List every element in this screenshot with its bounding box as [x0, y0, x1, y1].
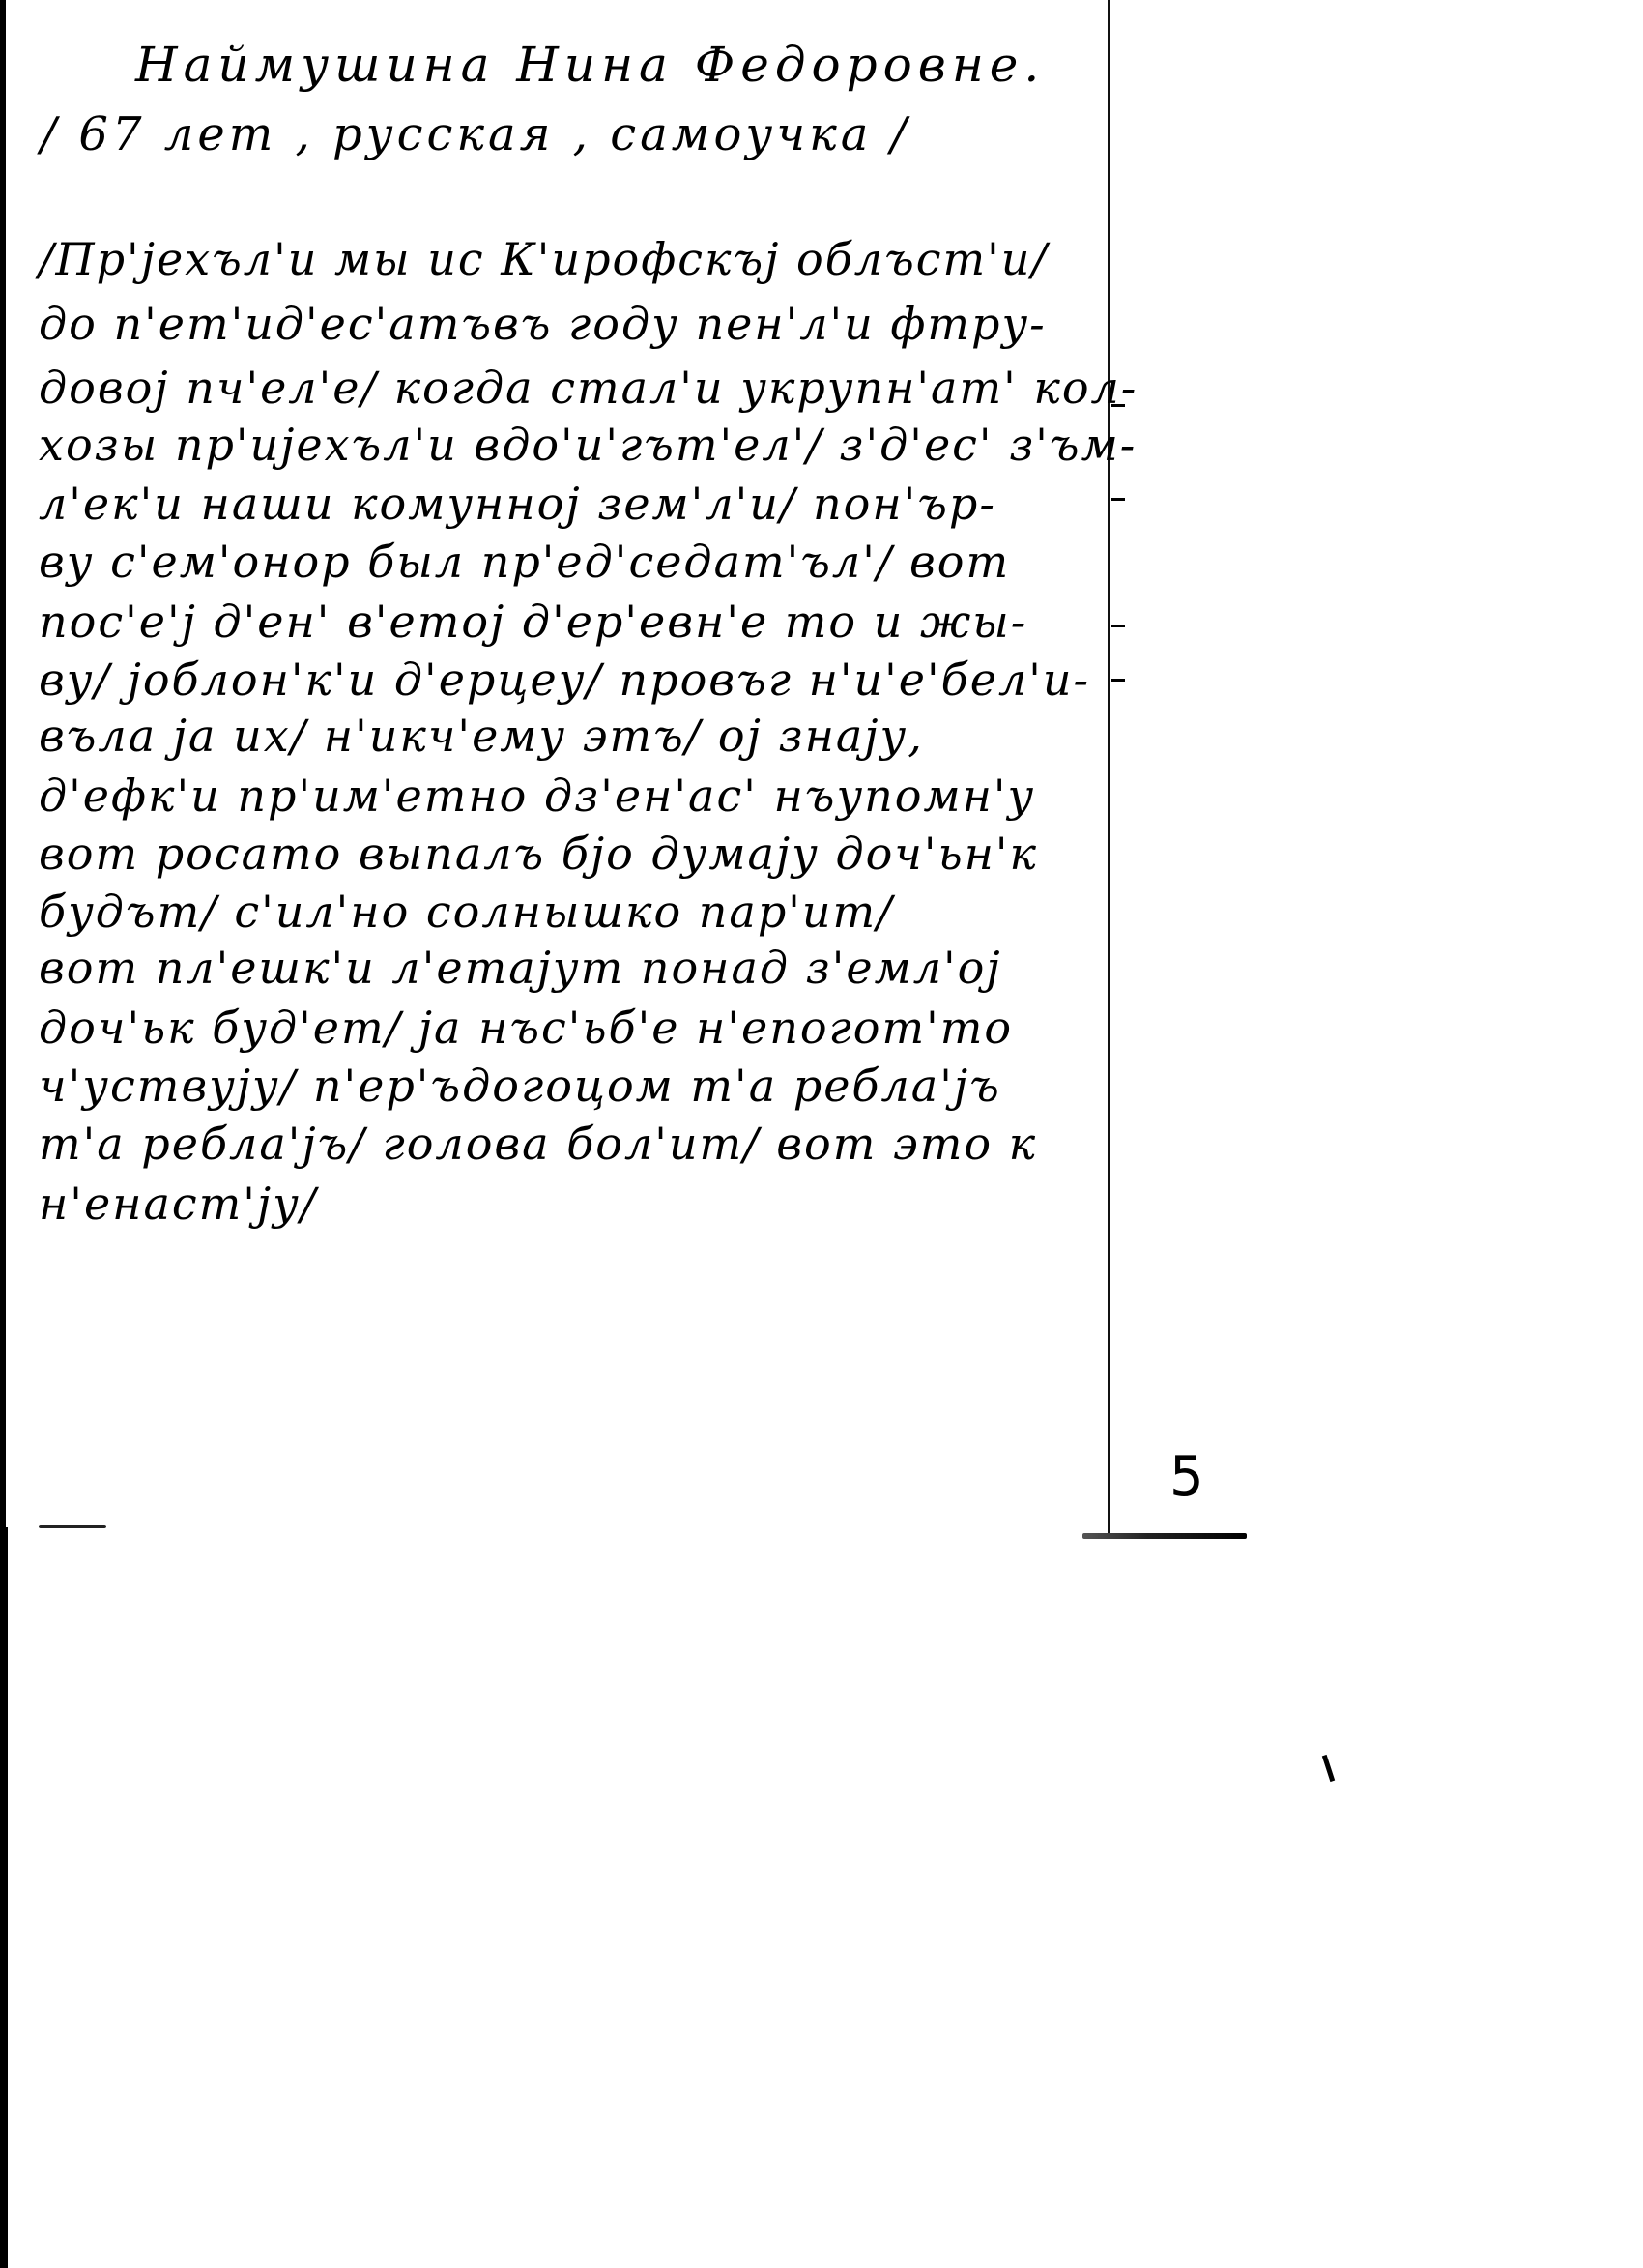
text-line: пос'е'ј д'ен' в'етој д'ер'евн'е то и жы-: [39, 599, 1027, 644]
left-scan-border-lower: [0, 1527, 8, 2268]
text-line: хозы пр'ијехъл'и вдо'и'гът'ел'/ з'д'ес' …: [39, 422, 1137, 467]
text-line: ч'уствују/ п'ер'ъдогоцом т'а ребла'јъ: [39, 1063, 1001, 1108]
text-line: довој пч'ел'е/ когда стал'и укрупн'ат' к…: [39, 365, 1138, 410]
speaker-name: Наймушина Нина Федоровне.: [135, 41, 1045, 89]
speaker-details: / 67 лет , русская , самоучка /: [41, 111, 910, 158]
text-line: вот пл'ешк'и л'етајут понад з'емл'ој: [39, 945, 1002, 990]
text-line: въла ја их/ н'икч'ему этъ/ ој знају,: [39, 713, 924, 758]
page-number: 5: [1169, 1445, 1204, 1508]
text-line: н'енаст'ју/: [39, 1181, 317, 1226]
margin-tick: [1111, 498, 1125, 501]
text-line: доч'ьк буд'ет/ ја нъс'ьб'е н'епогот'то: [39, 1005, 1013, 1050]
right-margin-rule: [1108, 0, 1110, 1539]
text-line: т'а ребла'јъ/ голова бол'ит/ вот это к: [39, 1121, 1037, 1166]
text-line: д'ефк'и пр'им'етно дз'ен'ас' нъупомн'у: [39, 773, 1035, 818]
margin-tick: [1111, 679, 1125, 682]
margin-tick: [1111, 625, 1125, 627]
text-line: ву с'ем'онор был пр'ед'седат'ъл'/ вот: [39, 539, 1010, 584]
bottom-left-smudge: [39, 1525, 106, 1528]
text-line: ву/ јоблон'к'и д'ерцеу/ провъг н'и'е'бел…: [39, 657, 1090, 702]
bottom-rule: [1082, 1533, 1247, 1539]
text-line: до п'ет'ид'ес'атъвъ году пен'л'и фтру-: [39, 302, 1047, 346]
text-line: вот росато выпалъ бјо думају доч'ьн'к: [39, 831, 1038, 876]
text-line: л'ек'и наши комунној зем'л'и/ пон'ър-: [39, 481, 996, 526]
text-line: /Пр'јехъл'и мы ис К'ирофскъј облъст'и/: [39, 237, 1049, 281]
text-line: будът/ с'ил'но солнышко пар'ит/: [39, 889, 894, 934]
stray-pen-mark: [1322, 1755, 1335, 1782]
scanned-page: Наймушина Нина Федоровне. / 67 лет , рус…: [0, 0, 1643, 2268]
